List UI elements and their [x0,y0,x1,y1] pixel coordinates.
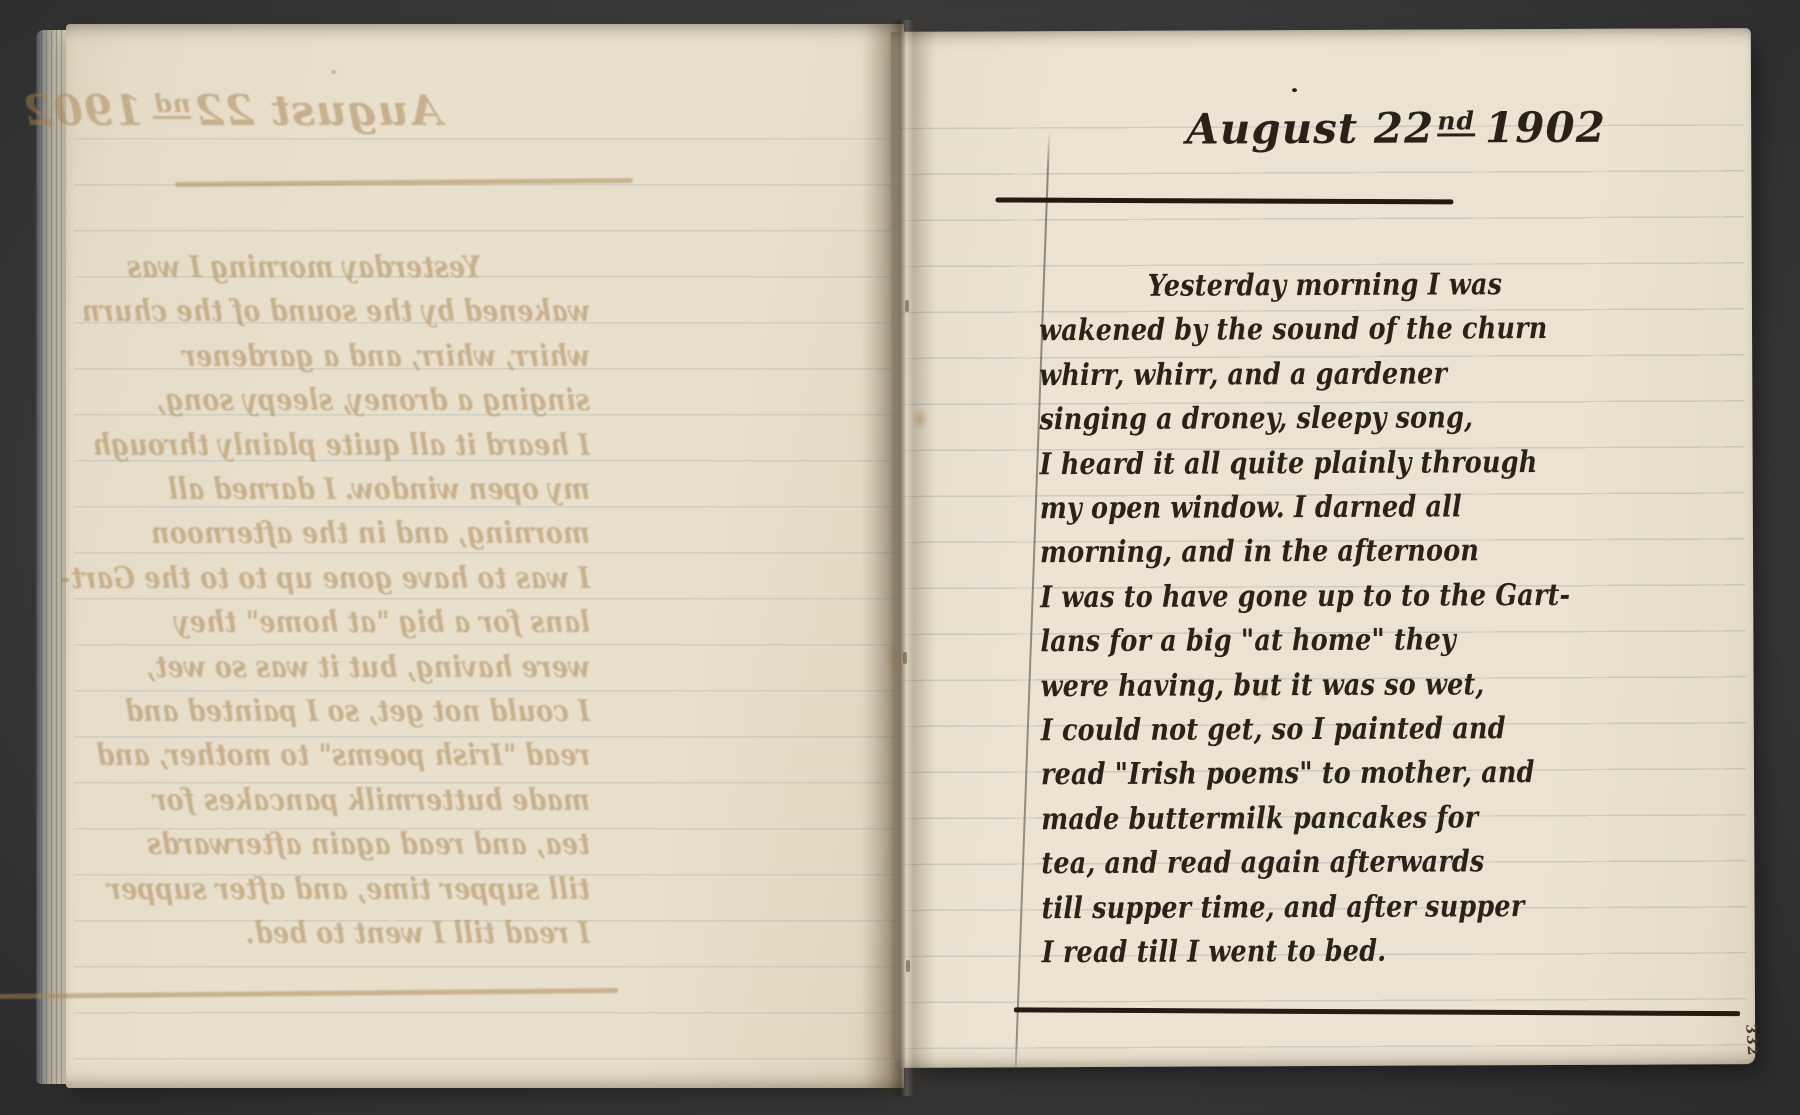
entry-line: singing a droney, sleepy song, [1039,396,1498,442]
date-underline-rule [995,197,1453,204]
left-page-ruled-lines [74,138,896,1062]
diary-entry: Yesterday morning I was wakened by the s… [1039,263,1582,976]
entry-line: I read till I went to bed. [1042,929,1501,975]
entry-line: wakened by the sound of the churn [1039,308,1498,354]
left-page [66,24,904,1088]
entry-line: tea, and read again afterwards [1041,841,1500,887]
entry-line: Yesterday morning I was [1039,263,1498,309]
entry-line: I was to have gone up to to the Gart- [1040,574,1499,620]
ink-speck [1292,88,1297,92]
entry-line: I could not get, so I painted and [1041,707,1500,753]
entry-line: read "Irish poems" to mother, and [1041,752,1500,798]
date-year: 1902 [1485,103,1606,153]
entry-line: till supper time, and after supper [1041,885,1500,931]
date-heading: August 22nd1902 [1186,103,1606,154]
entry-line: I heard it all quite plainly through [1040,441,1499,487]
entry-line: my open window. I darned all [1040,485,1499,531]
entry-line: made buttermilk pancakes for [1041,796,1500,842]
entry-line: lans for a big "at home" they [1040,618,1499,664]
stitch-mark [903,652,907,664]
stitch-mark [906,960,910,972]
entry-line: morning, and in the afternoon [1040,530,1499,576]
entry-end-rule [1014,1007,1740,1015]
fore-edge-mark: 332 [1742,1023,1760,1056]
date-ordinal-suffix: nd [1437,108,1475,136]
date-text: August 22 [1186,104,1434,154]
entry-line: were having, but it was so wet, [1041,663,1500,709]
right-page-ink: August 22nd1902 Yesterday morning I was … [891,28,1756,1068]
right-page: August 22nd1902 Yesterday morning I was … [891,28,1756,1068]
entry-line: whirr, whirr, and a gardener [1039,352,1498,398]
diary-photograph: August 22nd1902 Yesterday morning I was … [0,0,1800,1115]
stitch-mark [905,300,909,312]
